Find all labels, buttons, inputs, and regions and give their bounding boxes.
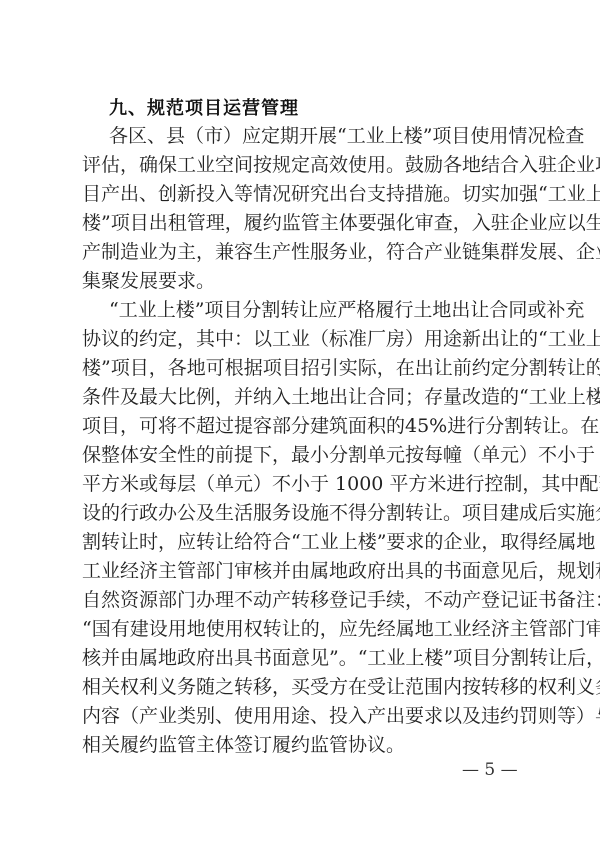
page-number: — 5 — (462, 760, 518, 780)
text-line: 项目，可将不超过提容部分建筑面积的45%进行分割转让。在确 (82, 414, 524, 438)
text-line: 目产出、创新投入等情况研究出台支持措施。切实加强“工业上 (82, 182, 524, 206)
document-page: 九、规范项目运营管理 各区、县（市）应定期开展“工业上楼”项目使用情况检查 评估… (0, 0, 600, 848)
text-line: 各区、县（市）应定期开展“工业上楼”项目使用情况检查 (109, 124, 524, 148)
text-line: 集聚发展要求。 (82, 269, 524, 293)
text-line: “工业上楼”项目分割转让应严格履行土地出让合同或补充 (109, 298, 524, 322)
text-line: 自然资源部门办理不动产转移登记手续，不动产登记证书备注： (82, 588, 524, 612)
text-line: 工业经济主管部门审核并由属地政府出具的书面意见后，规划和 (82, 559, 524, 583)
text-line: 割转让时，应转让给符合“工业上楼”要求的企业，取得经属地 (82, 530, 524, 554)
text-line: 楼”项目，各地可根据项目招引实际，在出让前约定分割转让的 (82, 356, 524, 380)
section-heading: 九、规范项目运营管理 (109, 94, 299, 120)
text-line: “国有建设用地使用权转让的，应先经属地工业经济主管部门审 (82, 617, 524, 641)
text-line: 评估，确保工业空间按规定高效使用。鼓励各地结合入驻企业项 (82, 153, 524, 177)
text-line: 相关履约监管主体签订履约监管协议。 (82, 733, 524, 757)
text-line: 楼”项目出租管理，履约监管主体要强化审查，入驻企业应以生 (82, 211, 524, 235)
text-line: 相关权利义务随之转移，买受方在受让范围内按转移的权利义务 (82, 675, 524, 699)
text-line: 条件及最大比例，并纳入土地出让合同；存量改造的“工业上楼” (82, 385, 524, 409)
text-line: 协议的约定，其中：以工业（标准厂房）用途新出让的“工业上 (82, 327, 524, 351)
text-line: 核并由属地政府出具书面意见”。“工业上楼”项目分割转让后， (82, 646, 524, 670)
text-line: 保整体安全性的前提下，最小分割单元按每幢（单元）不小于 3000 (82, 443, 524, 467)
text-line: 平方米或每层（单元）不小于 1000 平方米进行控制，其中配套建 (82, 472, 524, 496)
text-line: 设的行政办公及生活服务设施不得分割转让。项目建成后实施分 (82, 501, 524, 525)
text-line: 产制造业为主，兼容生产性服务业，符合产业链集群发展、企业 (82, 240, 524, 264)
text-line: 内容（产业类别、使用用途、投入产出要求以及违约罚则等）与 (82, 704, 524, 728)
